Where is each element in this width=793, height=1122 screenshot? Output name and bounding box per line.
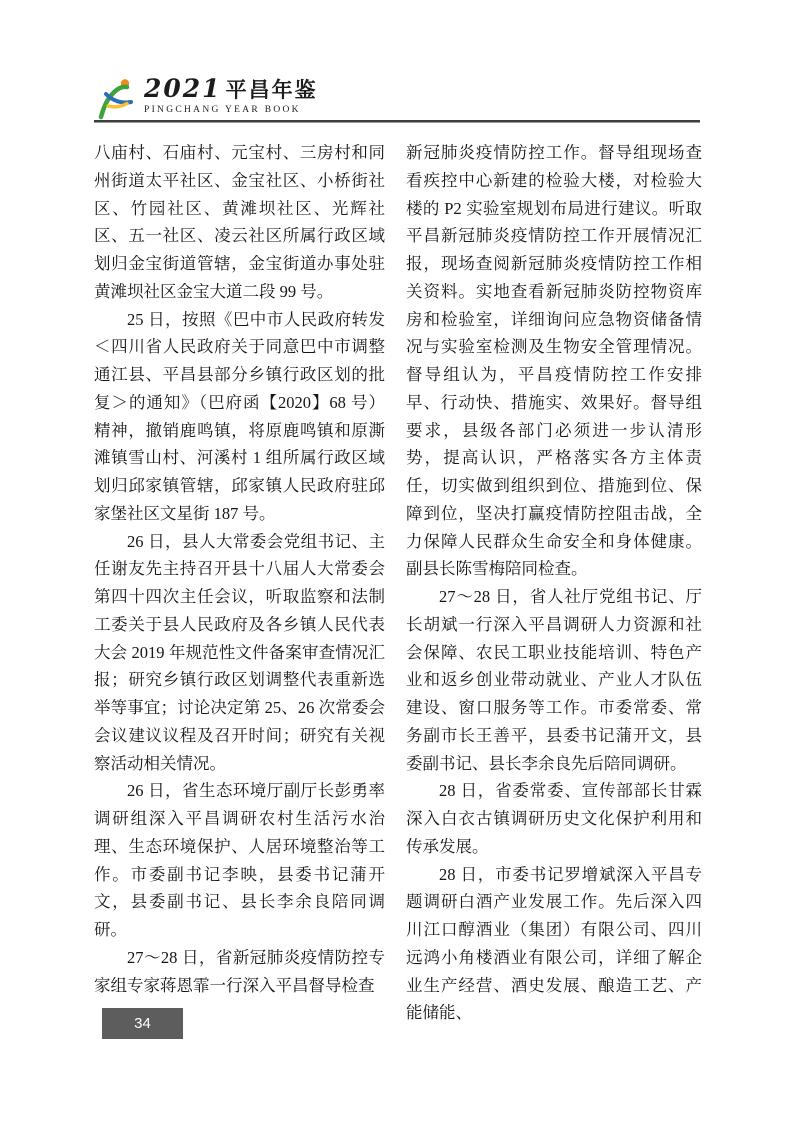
yearbook-page: 2021 平昌年鉴 PINGCHANG YEAR BOOK 八庙村、石庙村、元宝… bbox=[0, 0, 793, 1122]
paragraph: 28 日，市委书记罗增斌深入平昌专题调研白酒产业发展工作。先后深入四川江口醇酒业… bbox=[406, 861, 702, 1028]
title-subtitle: PINGCHANG YEAR BOOK bbox=[144, 105, 318, 115]
text-column-left: 八庙村、石庙村、元宝村、三房村和同州街道太平社区、金宝社区、小桥街社区、竹园社区… bbox=[94, 139, 385, 1027]
header-divider bbox=[94, 120, 700, 123]
paragraph: 27～28 日，省人社厅党组书记、厅长胡斌一行深入平昌调研人力资源和社会保障、农… bbox=[406, 583, 702, 777]
paragraph: 八庙村、石庙村、元宝村、三房村和同州街道太平社区、金宝社区、小桥街社区、竹园社区… bbox=[94, 139, 385, 306]
page-content: 八庙村、石庙村、元宝村、三房村和同州街道太平社区、金宝社区、小桥街社区、竹园社区… bbox=[94, 139, 702, 1027]
page-number-badge: 34 bbox=[102, 1008, 183, 1039]
paragraph: 25 日，按照《巴中市人民政府转发＜四川省人民政府关于同意巴中市调整通江县、平昌… bbox=[94, 306, 385, 528]
paragraph: 27～28 日，省新冠肺炎疫情防控专家组专家蒋恩霏一行深入平昌督导检查 bbox=[94, 944, 385, 1000]
paragraph: 28 日，省委常委、宣传部部长甘霖深入白衣古镇调研历史文化保护利用和传承发展。 bbox=[406, 777, 702, 860]
yearbook-brand: 2021 平昌年鉴 PINGCHANG YEAR BOOK bbox=[94, 74, 701, 120]
yearbook-logo-icon bbox=[94, 76, 140, 120]
paragraph: 26 日，县人大常委会党组书记、主任谢友先主持召开县十八届人大常委会第四十四次主… bbox=[94, 528, 385, 778]
yearbook-title: 2021 平昌年鉴 bbox=[144, 74, 318, 104]
page-header: 2021 平昌年鉴 PINGCHANG YEAR BOOK bbox=[94, 74, 701, 120]
page-number: 34 bbox=[134, 1015, 151, 1032]
title-year: 2021 bbox=[144, 74, 222, 103]
title-chinese: 平昌年鉴 bbox=[226, 74, 318, 104]
paragraph: 新冠肺炎疫情防控工作。督导组现场查看疾控中心新建的检验大楼，对检验大楼的 P2 … bbox=[406, 139, 702, 583]
paragraph: 26 日，省生态环境厅副厅长彭勇率调研组深入平昌调研农村生活污水治理、生态环境保… bbox=[94, 777, 385, 944]
text-column-right: 新冠肺炎疫情防控工作。督导组现场查看疾控中心新建的检验大楼，对检验大楼的 P2 … bbox=[406, 139, 702, 1027]
brand-text: 2021 平昌年鉴 PINGCHANG YEAR BOOK bbox=[144, 74, 318, 115]
